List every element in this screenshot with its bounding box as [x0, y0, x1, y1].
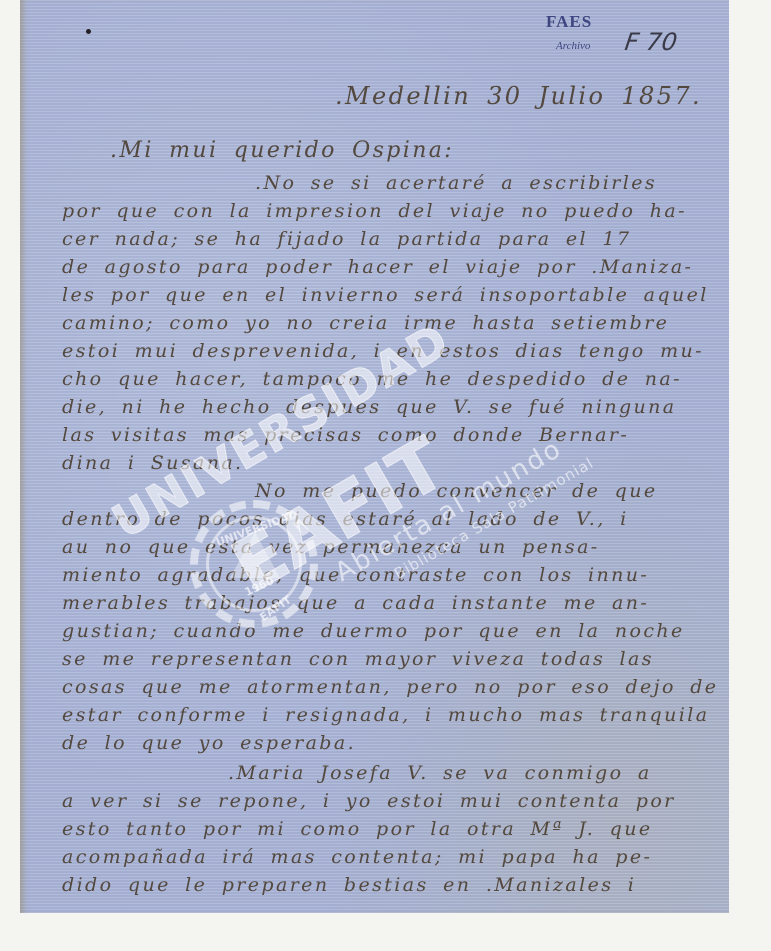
letter-line: a ver si se repone, i yo estoi mui conte… [62, 790, 676, 812]
letter-line: merables trabajos que a cada instante me… [62, 592, 649, 614]
letter-line: dido que le preparen bestias en .Manizal… [62, 874, 636, 896]
letter-line: dentro de pocos dias estaré al lado de V… [62, 508, 629, 530]
letter-line: de lo que yo esperaba. [62, 732, 356, 754]
letter-line: .Maria Josefa V. se va conmigo a [228, 762, 652, 784]
letter-line: esto tanto por mi como por la otra Mª J.… [62, 818, 653, 840]
letter-line: se me representan con mayor viveza todas… [62, 648, 654, 670]
letter-line: cho que hacer, tampoco me he despedido d… [62, 368, 682, 390]
letter-line: gustian; cuando me duermo por que en la … [62, 620, 685, 642]
letter-line: .No se si acertaré a escribirles [255, 172, 657, 194]
archive-stamp-subtitle: Archivo [556, 40, 590, 52]
letter-line: por que con la impresion del viaje no pu… [62, 200, 687, 222]
letter-line: les por que en el invierno será insoport… [62, 284, 709, 306]
letter-line: las visitas mas precisas como donde Bern… [62, 424, 629, 446]
letter-line: dina i Susana. [62, 452, 244, 474]
letter-line: estar conforme i resignada, i mucho mas … [62, 704, 709, 726]
letter-line: de agosto para poder hacer el viaje por … [62, 256, 693, 278]
ink-dot [86, 29, 91, 34]
folio-number: F 70 [623, 28, 679, 56]
letter-line: acompañada irá mas contenta; mi papa ha … [62, 846, 652, 868]
letter-line: cosas que me atormentan, pero no por eso… [62, 676, 718, 698]
letter-line: die, ni he hecho despues que V. se fué n… [62, 396, 677, 418]
letter-line: No me puedo convencer de que [255, 480, 658, 502]
letter-line: miento agradable, que contraste con los … [62, 564, 649, 586]
letter-line: camino; como yo no creia irme hasta seti… [62, 312, 669, 334]
archive-stamp-title: FAES [546, 12, 592, 32]
letter-line: cer nada; se ha fijado la partida para e… [62, 228, 631, 250]
place-date: .Medellin 30 Julio 1857. [335, 82, 702, 110]
letter-line: estoi mui desprevenida, i en estos dias … [62, 340, 704, 362]
salutation: .Mi mui querido Ospina: [110, 138, 454, 163]
letter-line: au no que esta vez permanezca un pensa- [62, 536, 600, 558]
